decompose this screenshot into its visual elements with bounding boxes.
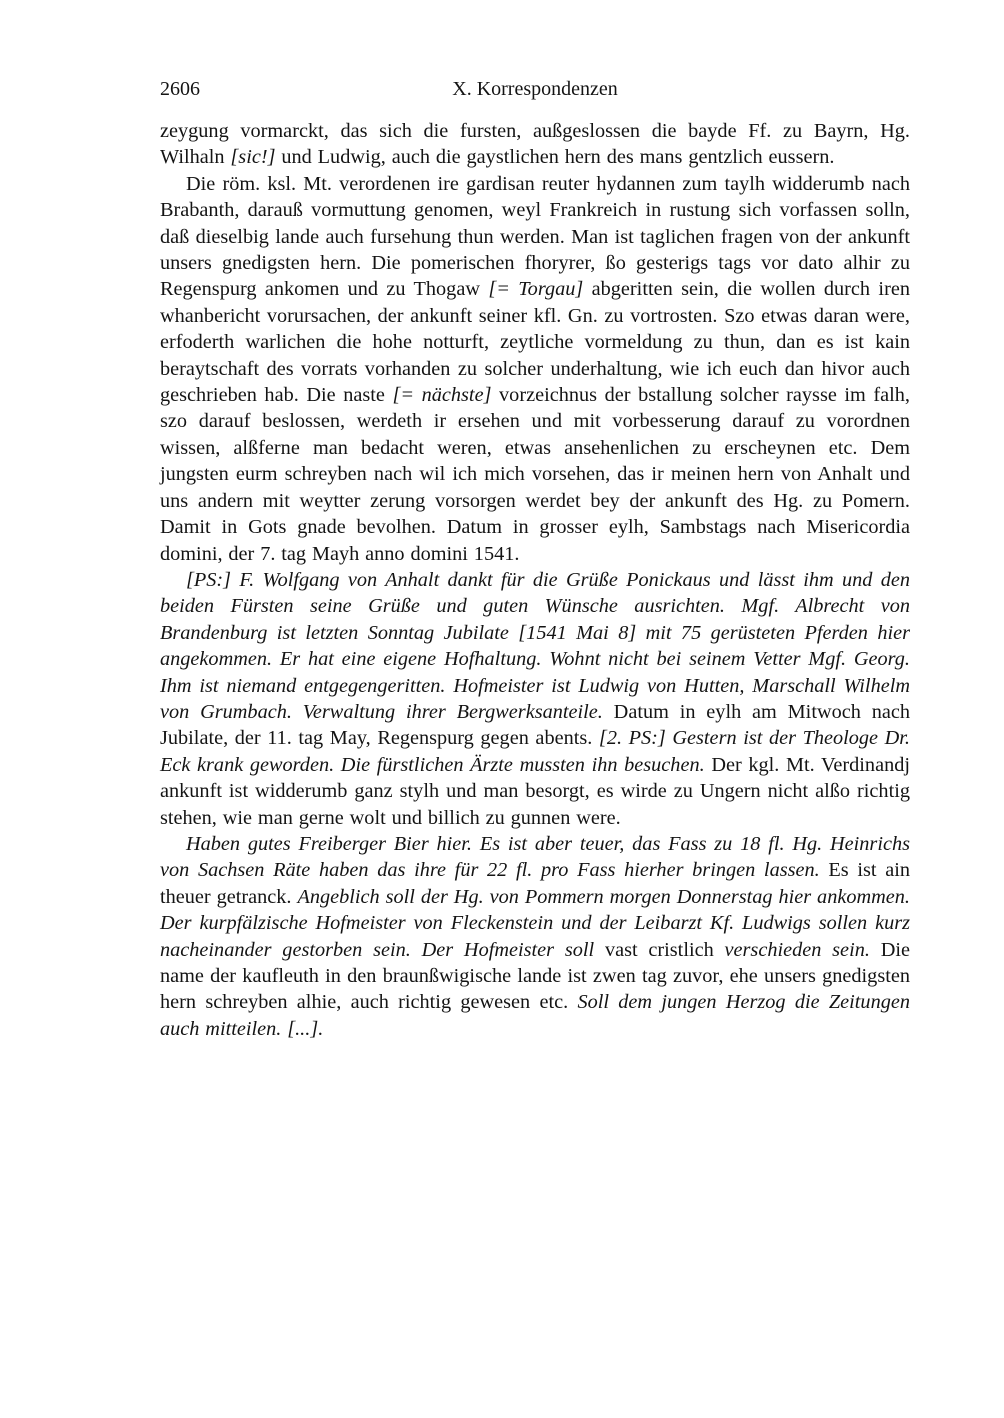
text-segment-italic: [= Torgau]: [488, 278, 583, 300]
paragraph: zeygung vormarckt, das sich die fursten,…: [160, 118, 910, 171]
page-number: 2606: [160, 76, 200, 103]
text-segment-italic: [sic!]: [230, 146, 275, 168]
paragraph: [PS:] F. Wolfgang von Anhalt dankt für d…: [160, 567, 910, 831]
text-segment-italic: [= nächste]: [392, 384, 491, 406]
paragraph: Haben gutes Freiberger Bier hier. Es ist…: [160, 831, 910, 1042]
paragraph: Die röm. ksl. Mt. verordenen ire gardisa…: [160, 171, 910, 567]
running-title: X. Korrespondenzen: [160, 76, 910, 103]
text-segment-roman: vorzeichnus der bstallung solcher raysse…: [160, 384, 910, 564]
text-segment-italic: Haben gutes Freiberger Bier hier. Es ist…: [160, 833, 910, 881]
page-header: 2606 X. Korrespondenzen: [160, 76, 910, 103]
body-text: zeygung vormarckt, das sich die fursten,…: [160, 118, 910, 1042]
book-page: 2606 X. Korrespondenzen zeygung vormarck…: [0, 0, 1004, 1418]
text-segment-roman: vast cristlich: [594, 939, 724, 961]
text-segment-roman: und Ludwig, auch die gaystlichen hern de…: [275, 146, 834, 168]
text-segment-italic: [PS:] F. Wolfgang von Anhalt dankt für d…: [160, 569, 910, 723]
text-segment-italic: verschieden sein.: [725, 939, 870, 961]
